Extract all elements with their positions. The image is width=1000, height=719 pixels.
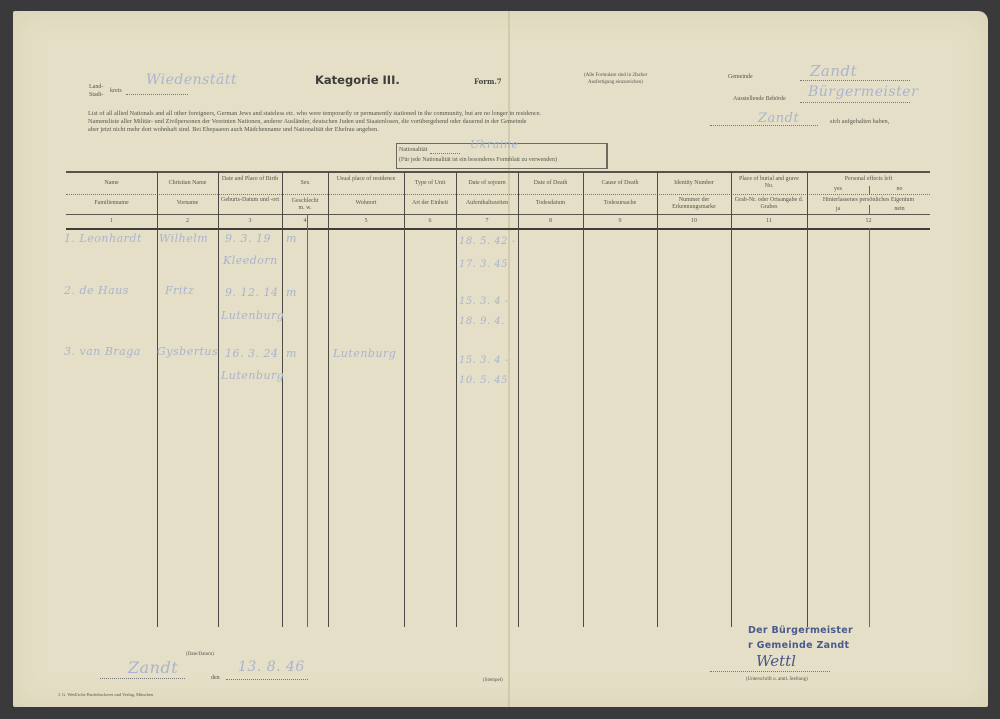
table-top-rule xyxy=(66,171,930,173)
behoerde-value: Bürgermeister xyxy=(808,84,918,100)
row2-sex: m xyxy=(286,286,297,299)
col-line-12-split xyxy=(869,228,870,627)
col-line-1 xyxy=(157,172,158,627)
col-num-7: 7 xyxy=(456,218,518,224)
behoerde-line xyxy=(800,102,910,103)
col-header-birth: Date and Place of Birth xyxy=(220,176,280,183)
col-header-effects: Personal effects left xyxy=(807,176,930,183)
col-header-eigentum: Hinterlassenes persönliches Eigentum xyxy=(807,197,930,204)
col-header-identity: Identity Number xyxy=(657,180,731,187)
intro-line-2-end: sich aufgehalten haben, xyxy=(830,118,889,127)
date-label: (Date/Datum) xyxy=(186,652,214,657)
page-title: Kategorie III. xyxy=(315,73,400,87)
col-header-geburt: Geburts-Datum und -ort xyxy=(220,197,280,204)
stamp-line-1: Der Bürgermeister xyxy=(748,625,853,636)
col-line-10 xyxy=(731,172,732,627)
col-header-sex: Sex xyxy=(282,180,328,187)
row2-birth-place: Lutenburg xyxy=(221,309,284,322)
col-header-death-cause: Cause of Death xyxy=(583,180,657,187)
col-header-familienname: Familienname xyxy=(66,200,157,207)
col-header-aufenthalt: Aufenthaltszeiten xyxy=(456,200,518,207)
col-num-5: 5 xyxy=(328,218,404,224)
col-header-effects-no: no xyxy=(869,186,930,193)
col-header-christian-name: Christian Name xyxy=(157,180,218,187)
stamp-line-2: r Gemeinde Zandt xyxy=(748,640,849,651)
col-header-eigentum-ja: ja xyxy=(807,206,869,213)
col-num-6: 6 xyxy=(404,218,456,224)
row3-birth-date: 16. 3. 24 xyxy=(225,347,278,360)
row1-birth-place: Kleedorn xyxy=(223,254,278,267)
col-line-2 xyxy=(218,172,219,627)
col-header-residence: Usual place of residence xyxy=(332,176,400,183)
col-header-effects-yes: yes xyxy=(807,186,869,193)
col-line-4 xyxy=(328,172,329,627)
row3-name: 3. van Braga xyxy=(64,345,141,358)
behoerde-label: Ausstellende Behörde xyxy=(733,96,786,102)
col-header-sex-sub: m. w. xyxy=(282,205,328,212)
col-line-5 xyxy=(404,172,405,627)
col-num-4: 4 xyxy=(282,218,328,224)
copies-note-1: (Alle Formulare sind in 2facher xyxy=(584,73,647,78)
gemeinde-value: Zandt xyxy=(810,62,857,80)
col-num-10: 10 xyxy=(657,218,731,224)
row3-birth-place: Lutenburg xyxy=(221,369,284,382)
signature-line xyxy=(710,671,830,672)
col-line-3 xyxy=(282,172,283,627)
col-line-7 xyxy=(518,172,519,627)
col-header-grab: Grab-Nr. oder Ortsangabe d. Grabes xyxy=(733,197,805,211)
nationality-label: Nationalität xyxy=(399,147,427,153)
col-line-9 xyxy=(657,172,658,627)
col-line-11 xyxy=(807,172,808,627)
col-header-wohnort: Wohnort xyxy=(328,200,404,207)
stadt-label: Stadt- xyxy=(89,92,103,98)
col-num-2: 2 xyxy=(157,218,218,224)
signature: Wettl xyxy=(756,652,796,670)
row3-sojourn-to: 10. 5. 45 xyxy=(459,375,508,386)
date-value: 13. 8. 46 xyxy=(238,659,305,675)
row2-birth-date: 9. 12. 14 xyxy=(225,286,278,299)
place-value: Zandt xyxy=(128,658,178,677)
row1-sojourn-from: 18. 5. 42 - xyxy=(459,236,516,247)
intro-line-3: aber jetzt nicht mehr dort wohnhaft sind… xyxy=(88,126,379,135)
form-number: Form.7 xyxy=(474,77,502,86)
place-line xyxy=(100,678,185,679)
intro-community-value: Zandt xyxy=(758,111,799,126)
nationality-value: Ukraine xyxy=(470,138,518,151)
row3-sojourn-from: 15. 3. 4 - xyxy=(459,355,509,366)
col-header-eigentum-nein: nein xyxy=(869,206,930,213)
row3-residence: Lutenburg xyxy=(333,347,396,360)
copies-note-2: Ausfertigung einzureichen) xyxy=(588,80,643,85)
col-header-erkennungsmarke: Nummer der Erkennungsmarke xyxy=(662,197,726,211)
col-num-1: 1 xyxy=(66,218,157,224)
col-num-3: 3 xyxy=(218,218,282,224)
col-header-einheit: Art der Einheit xyxy=(404,200,456,207)
row1-birth-date: 9. 3. 19 xyxy=(225,232,271,245)
kreis-label: kreis xyxy=(110,88,122,94)
col-line-sex-split xyxy=(307,214,308,627)
col-line-6 xyxy=(456,172,457,627)
row1-sex: m xyxy=(286,232,297,245)
kreis-line xyxy=(126,94,188,95)
header-divider xyxy=(66,214,930,215)
col-header-todesdatum: Todesdatum xyxy=(518,200,583,207)
row1-sojourn-to: 17. 3. 45 xyxy=(459,259,508,270)
den-label: den xyxy=(211,675,220,681)
col-header-vorname: Vorname xyxy=(157,200,218,207)
row2-sojourn-from: 15. 3. 4 - xyxy=(459,296,509,307)
kreis-value: Wiedenstätt xyxy=(146,72,237,88)
gemeinde-line xyxy=(800,80,910,81)
row2-sojourn-to: 18. 9. 4. xyxy=(459,316,505,327)
col-header-geschlecht: Geschlecht xyxy=(282,198,328,205)
row1-name: 1. Leonhardt xyxy=(64,232,142,245)
nationality-note: (Für jede Nationalität ist ein besondere… xyxy=(399,157,557,163)
signature-label: (Unterschrift u. amtl. Stellung) xyxy=(746,677,808,682)
col-num-9: 9 xyxy=(583,218,657,224)
row1-first: Wilhelm xyxy=(159,232,208,245)
seal-label: (Stempel) xyxy=(483,678,503,683)
row3-sex: m xyxy=(286,347,297,360)
col-line-8 xyxy=(583,172,584,627)
col-header-death-date: Date of Death xyxy=(518,180,583,187)
row2-first: Fritz xyxy=(165,284,194,297)
row2-name: 2. de Haus xyxy=(64,284,129,297)
body-top-rule xyxy=(66,228,930,230)
date-line xyxy=(226,679,308,680)
printer-imprint: J. G. Weiß'sche Buchdruckerei und Verlag… xyxy=(58,692,153,697)
col-num-8: 8 xyxy=(518,218,583,224)
nationality-line xyxy=(430,153,460,154)
row3-first: Gysbertus xyxy=(157,345,218,358)
col-num-12: 12 xyxy=(807,218,930,224)
col-header-name: Name xyxy=(66,180,157,187)
col-header-todesursache: Todesursache xyxy=(583,200,657,207)
land-label: Land- xyxy=(89,84,103,90)
col-header-sojourn: Date of sojourn xyxy=(456,180,518,187)
col-num-11: 11 xyxy=(731,218,807,224)
gemeinde-label: Gemeinde xyxy=(728,74,753,80)
header-en-de-divider xyxy=(66,194,930,195)
col-header-unit: Type of Unit xyxy=(404,180,456,187)
col-header-burial: Place of burial and grave No. xyxy=(738,176,800,190)
